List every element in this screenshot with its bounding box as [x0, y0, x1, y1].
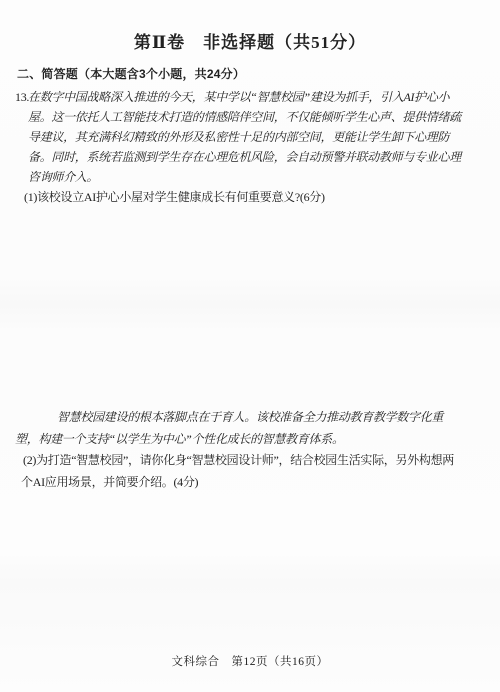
question-stem-line: 在数字中国战略深入推进的今天，某中学以“智慧校园”建设为抓手，引入AI护心小	[28, 87, 455, 107]
question-stem-line: 咨询师介入。	[28, 167, 455, 187]
question-number: 13.	[15, 87, 29, 107]
question-13-part-2: 智慧校园建设的根本落脚点在于育人。该校准备全力推动教育教学数字化重 塑，构建一个…	[15, 407, 455, 493]
exam-paper-page: 第Ⅱ卷 非选择题（共51分） 二、简答题（本大题含3个小题，共24分） 13. …	[0, 0, 500, 692]
question-stem-line: 屋。这一依托人工智能技术打造的情感陪伴空间，不仅能倾听学生心声、提供情绪疏	[28, 107, 455, 127]
passage-line: 塑，构建一个支持“以学生为中心”个性化成长的智慧教育体系。	[15, 429, 455, 451]
passage-line: 智慧校园建设的根本落脚点在于育人。该校准备全力推动教育教学数字化重	[15, 407, 455, 429]
sub-question-1: (1)该校设立AI护心小屋对学生健康成长有何重要意义?(6分)	[24, 187, 455, 207]
answer-space-2	[15, 495, 455, 650]
sub-question-2-line: 个AI应用场景，并简要介绍。(4分)	[21, 472, 455, 494]
question-stem-line: 备。同时，系统若监测到学生存在心理危机风险，会自动预警并联动教师与专业心理	[28, 147, 455, 167]
sub-question-2-line: (2)为打造“智慧校园”，请你化身“智慧校园设计师”，结合校园生活实际，另外构想…	[23, 450, 455, 472]
section-heading: 二、简答题（本大题含3个小题，共24分）	[17, 67, 245, 81]
question-13-body: 在数字中国战略深入推进的今天，某中学以“智慧校园”建设为抓手，引入AI护心小 屋…	[28, 87, 455, 207]
answer-space-1	[15, 208, 455, 404]
page-footer: 文科综合 第12页（共16页）	[0, 655, 500, 669]
question-stem-line: 导建议，其充满科幻精致的外形及私密性十足的内部空间，更能让学生卸下心理防	[28, 127, 455, 147]
page-title: 第Ⅱ卷 非选择题（共51分）	[0, 33, 500, 53]
question-13: 13. 在数字中国战略深入推进的今天，某中学以“智慧校园”建设为抓手，引入AI护…	[15, 87, 455, 207]
